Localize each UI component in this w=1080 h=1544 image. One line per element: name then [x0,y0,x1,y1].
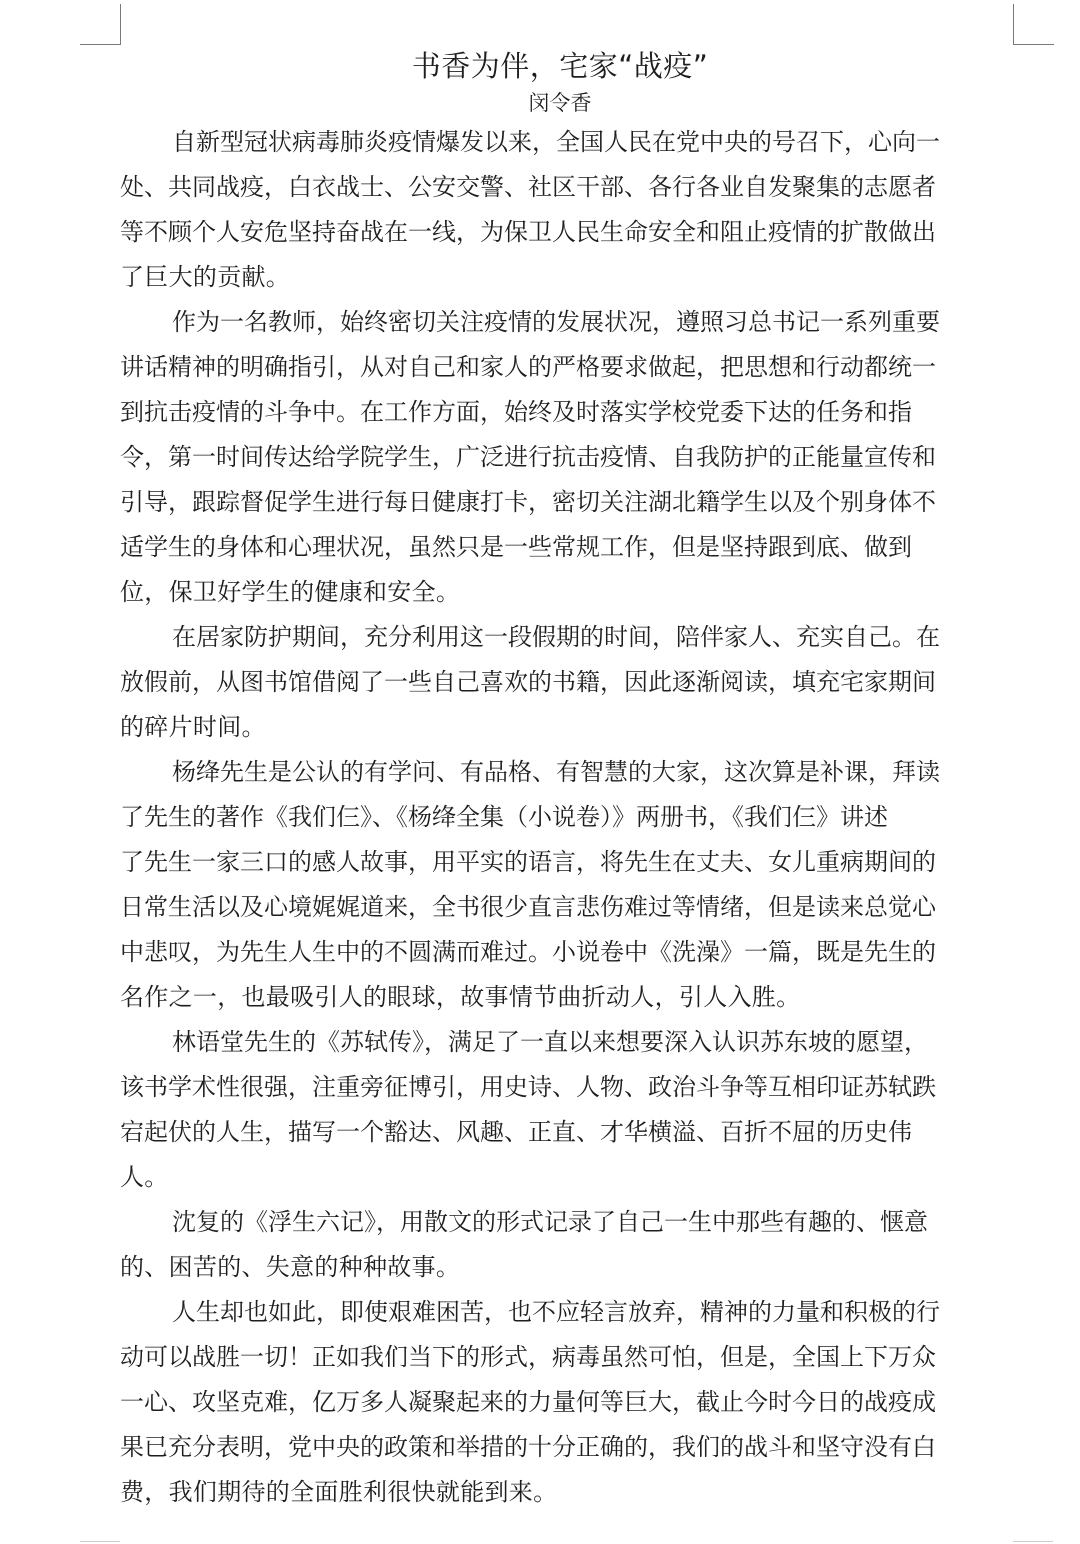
text-line: 人。 [120,1155,1000,1200]
paragraph: 在居家防护期间，充分利用这一段假期的时间，陪伴家人、充实自己。在放假前，从图书馆… [120,615,1000,750]
paragraph: 沈复的《浮生六记》，用散文的形式记录了自己一生中那些有趣的、惬意的、困苦的、失意… [120,1200,1000,1290]
text-line: 作为一名教师，始终密切关注疫情的发展状况，遵照习总书记一系列重要 [120,300,1000,345]
document-body: 自新型冠状病毒肺炎疫情爆发以来，全国人民在党中央的号召下，心向一处、共同战疫，白… [120,120,1000,1515]
text-line: 动可以战胜一切！正如我们当下的形式，病毒虽然可怕，但是，全国上下万众 [120,1335,1000,1380]
paragraph: 作为一名教师，始终密切关注疫情的发展状况，遵照习总书记一系列重要讲话精神的明确指… [120,300,1000,615]
text-line: 该书学术性很强，注重旁征博引，用史诗、人物、政治斗争等互相印证苏轼跌 [120,1065,1000,1110]
text-line: 了先生一家三口的感人故事，用平实的语言，将先生在丈夫、女儿重病期间的 [120,840,1000,885]
text-line: 放假前，从图书馆借阅了一些自己喜欢的书籍，因此逐渐阅读，填充宅家期间 [120,660,1000,705]
paragraph: 杨绛先生是公认的有学问、有品格、有智慧的大家，这次算是补课，拜读了先生的著作《我… [120,750,1000,1020]
text-line: 到抗击疫情的斗争中。在工作方面，始终及时落实学校党委下达的任务和指 [120,390,1000,435]
document-title: 书香为伴，宅家“战疫” [120,44,1000,88]
text-line: 处、共同战疫，白衣战士、公安交警、社区干部、各行各业自发聚集的志愿者 [120,165,1000,210]
text-line: 日常生活以及心境娓娓道来，全书很少直言悲伤难过等情绪，但是读来总觉心 [120,885,1000,930]
text-line: 林语堂先生的《苏轼传》，满足了一直以来想要深入认识苏东坡的愿望， [120,1020,1000,1065]
text-line: 自新型冠状病毒肺炎疫情爆发以来，全国人民在党中央的号召下，心向一 [120,120,1000,165]
text-line: 在居家防护期间，充分利用这一段假期的时间，陪伴家人、充实自己。在 [120,615,1000,660]
paragraph: 人生却也如此，即使艰难困苦，也不应轻言放弃，精神的力量和积极的行动可以战胜一切！… [120,1290,1000,1515]
text-line: 适学生的身体和心理状况，虽然只是一些常规工作，但是坚持跟到底、做到 [120,525,1000,570]
text-line: 一心、攻坚克难，亿万多人凝聚起来的力量何等巨大，截止今时今日的战疫成 [120,1380,1000,1425]
text-line: 杨绛先生是公认的有学问、有品格、有智慧的大家，这次算是补课，拜读 [120,750,1000,795]
text-line: 等不顾个人安危坚持奋战在一线，为保卫人民生命安全和阻止疫情的扩散做出 [120,210,1000,255]
text-line: 人生却也如此，即使艰难困苦，也不应轻言放弃，精神的力量和积极的行 [120,1290,1000,1335]
crop-mark-top-left [80,4,121,45]
paragraph: 林语堂先生的《苏轼传》，满足了一直以来想要深入认识苏东坡的愿望，该书学术性很强，… [120,1020,1000,1200]
document-page: 书香为伴，宅家“战疫” 闵令香 自新型冠状病毒肺炎疫情爆发以来，全国人民在党中央… [120,44,1000,1515]
text-line: 中悲叹，为先生人生中的不圆满而难过。小说卷中《洗澡》一篇，既是先生的 [120,930,1000,975]
text-line: 讲话精神的明确指引，从对自己和家人的严格要求做起，把思想和行动都统一 [120,345,1000,390]
text-line: 引导，跟踪督促学生进行每日健康打卡，密切关注湖北籍学生以及个别身体不 [120,480,1000,525]
text-line: 宕起伏的人生，描写一个豁达、风趣、正直、才华横溢、百折不屈的历史伟 [120,1110,1000,1155]
text-line: 位，保卫好学生的健康和安全。 [120,570,1000,615]
crop-mark-top-right [1013,4,1054,45]
text-line: 沈复的《浮生六记》，用散文的形式记录了自己一生中那些有趣的、惬意 [120,1200,1000,1245]
text-line: 果已充分表明，党中央的政策和举措的十分正确的，我们的战斗和坚守没有白 [120,1425,1000,1470]
document-author: 闵令香 [120,88,1000,118]
text-line: 了巨大的贡献。 [120,255,1000,300]
text-line: 了先生的著作《我们仨》、《杨绛全集（小说卷）》两册书，《我们仨》讲述 [120,795,1000,840]
text-line: 的、困苦的、失意的种种故事。 [120,1245,1000,1290]
text-line: 费，我们期待的全面胜利很快就能到来。 [120,1470,1000,1515]
text-line: 名作之一，也最吸引人的眼球，故事情节曲折动人，引人入胜。 [120,975,1000,1020]
paragraph: 自新型冠状病毒肺炎疫情爆发以来，全国人民在党中央的号召下，心向一处、共同战疫，白… [120,120,1000,300]
text-line: 令，第一时间传达给学院学生，广泛进行抗击疫情、自我防护的正能量宣传和 [120,435,1000,480]
text-line: 的碎片时间。 [120,705,1000,750]
